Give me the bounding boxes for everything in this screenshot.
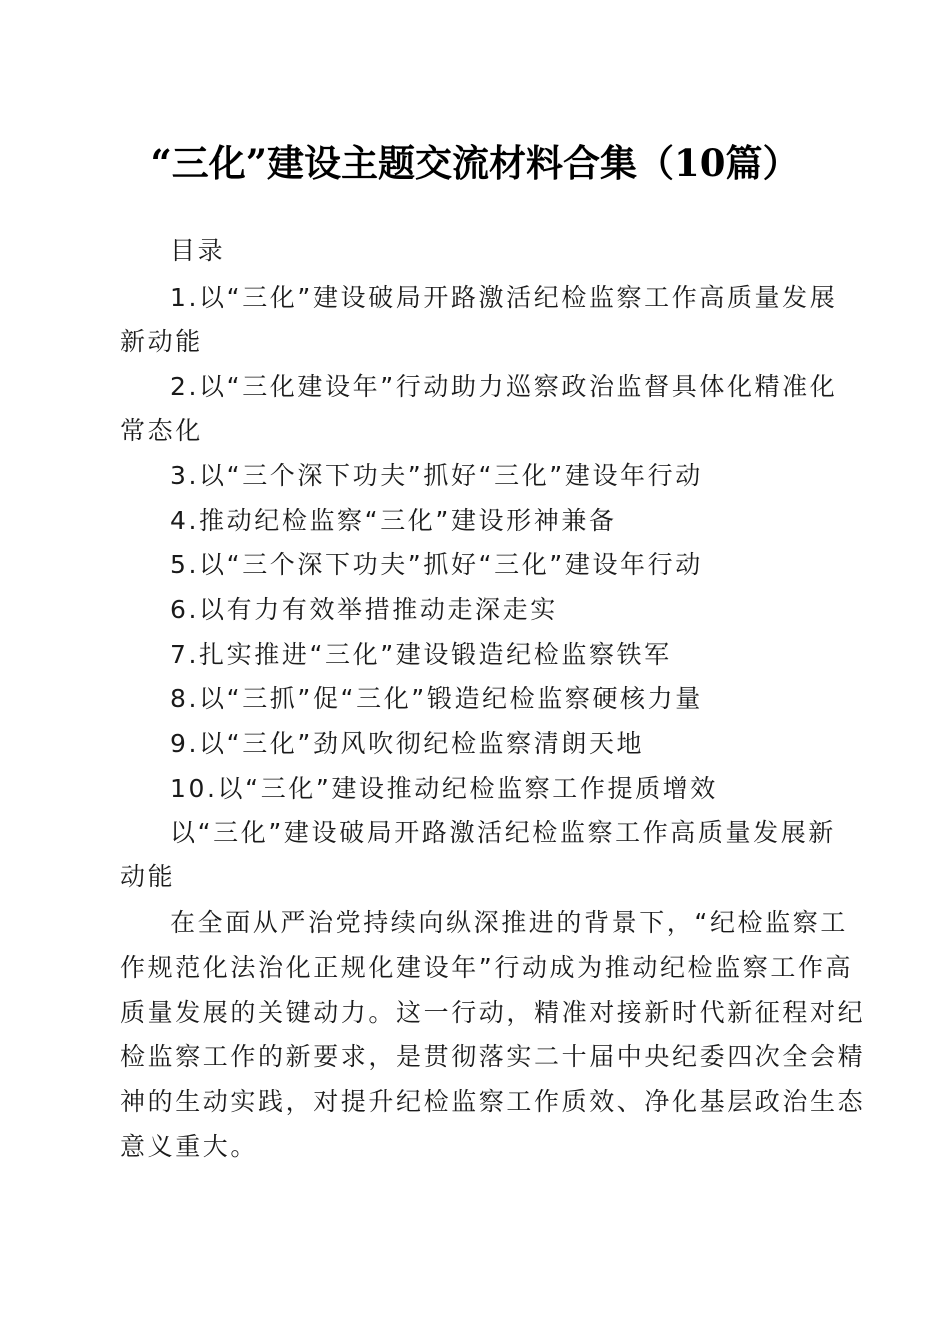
document-page: “三化”建设主题交流材料合集（10篇） 目录 1.以“三化”建设破局开路激活纪检… <box>0 0 950 1344</box>
toc-heading: 目录 <box>170 236 880 266</box>
toc-item-10: 10.以“三化”建设推动纪检监察工作提质增效 <box>170 774 880 804</box>
toc-item-1-line2: 新动能 <box>120 327 830 357</box>
toc-item-2-line2: 常态化 <box>120 416 830 446</box>
toc-item-6: 6.以有力有效举措推动走深走实 <box>170 595 880 625</box>
toc-item-9: 9.以“三化”劲风吹彻纪检监察清朗天地 <box>170 729 880 759</box>
paragraph-line-6: 意义重大。 <box>120 1132 830 1162</box>
toc-item-8: 8.以“三抓”促“三化”锻造纪检监察硬核力量 <box>170 684 880 714</box>
toc-item-2-line1: 2.以“三化建设年”行动助力巡察政治监督具体化精准化 <box>170 372 820 402</box>
paragraph-line-4: 检监察工作的新要求，是贯彻落实二十届中央纪委四次全会精 <box>120 1042 830 1072</box>
toc-item-4: 4.推动纪检监察“三化”建设形神兼备 <box>170 506 880 536</box>
toc-item-7: 7.扎实推进“三化”建设锻造纪检监察铁军 <box>170 640 880 670</box>
paragraph-line-1: 在全面从严治党持续向纵深推进的背景下，“纪检监察工 <box>170 908 820 938</box>
toc-item-3: 3.以“三个深下功夫”抓好“三化”建设年行动 <box>170 461 880 491</box>
toc-item-1-line1: 1.以“三化”建设破局开路激活纪检监察工作高质量发展 <box>170 283 820 313</box>
article-heading-line1: 以“三化”建设破局开路激活纪检监察工作高质量发展新 <box>170 818 820 848</box>
document-title: “三化”建设主题交流材料合集（10篇） <box>0 133 950 187</box>
paragraph-line-5: 神的生动实践，对提升纪检监察工作质效、净化基层政治生态 <box>120 1087 830 1117</box>
toc-item-5: 5.以“三个深下功夫”抓好“三化”建设年行动 <box>170 550 880 580</box>
article-heading-line2: 动能 <box>120 862 830 892</box>
paragraph-line-2: 作规范化法治化正规化建设年”行动成为推动纪检监察工作高 <box>120 953 830 983</box>
paragraph-line-3: 质量发展的关键动力。这一行动，精准对接新时代新征程对纪 <box>120 998 830 1028</box>
